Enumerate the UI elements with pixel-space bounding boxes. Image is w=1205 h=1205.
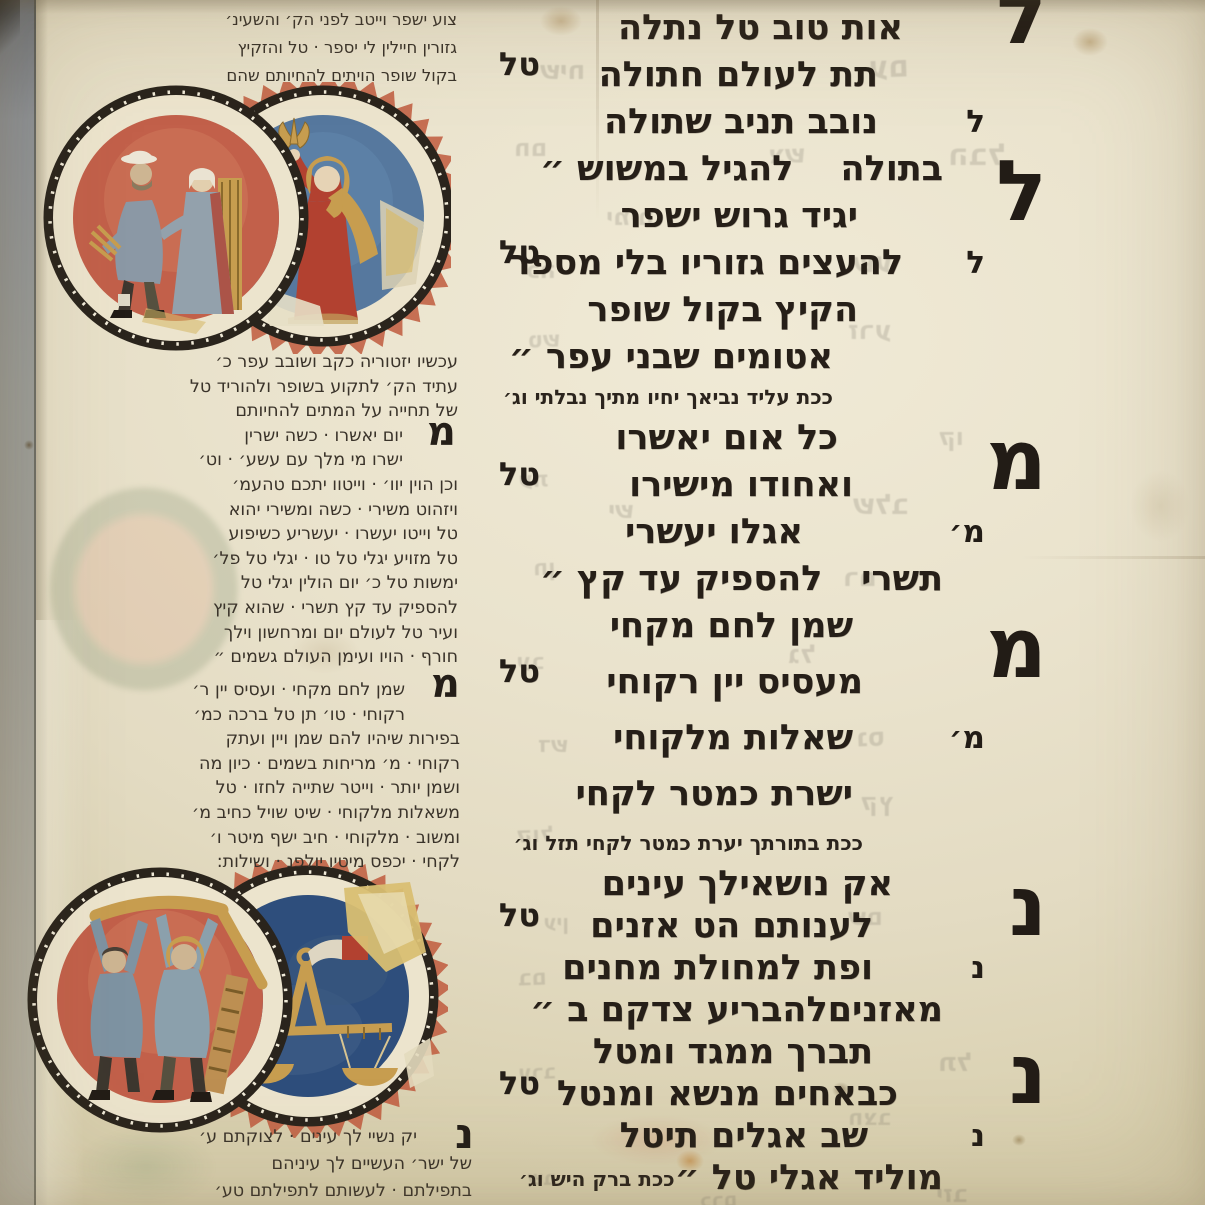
cue-word-tal: טל: [499, 652, 540, 690]
gloss-line: להספיק עד קץ תשרי · שהוא קיץ: [96, 596, 458, 621]
left-margin-slot: [448, 100, 540, 147]
left-margin-slot: [448, 147, 540, 194]
verse-area: ככת בתורתך יערת כמטר לקחי תזל וג׳: [540, 828, 943, 858]
verse-text: כל אום יאשרו: [615, 416, 943, 460]
verse-area: אק נושאילך עינים: [540, 862, 943, 906]
stanza-initial-slot: ל: [943, 100, 1105, 147]
stanza-initial-slot: [943, 335, 1105, 382]
gloss-line: וכן הוין יוו׳ · וייטוו יתכם טהעמ׳: [96, 473, 458, 498]
gloss-line: של תחייה על המתים להחיותם: [96, 399, 458, 424]
left-margin-slot: [448, 946, 540, 988]
stanza-initial-slot: נ: [943, 1030, 1105, 1072]
cue-word-tal: טל: [499, 896, 540, 934]
verse-line: מאזניםלהבריע צדקם ב ״: [448, 988, 1105, 1030]
left-margin-slot: [448, 288, 540, 335]
manuscript-page: עםשיחהבלצשחםימיםשעכהזרעטשקושלבעתישרםחןגל…: [0, 0, 1205, 1205]
verse-line: תשרילהספיק עד קץ ״: [448, 557, 1105, 604]
verse-area: שב אגלים תיטל: [540, 1114, 943, 1158]
verse-text: אגלו יעשרי: [625, 510, 943, 554]
left-margin-slot: [448, 1156, 540, 1198]
left-margin-slot: טל: [448, 53, 540, 100]
verse-line: מ׳אגלו יעשרי: [448, 510, 1105, 557]
stanza-initial-slot: [943, 463, 1105, 510]
gloss-line: טל מזויע יגלי טל טו · יגלי טל פל׳: [96, 547, 458, 572]
verse-text: להבריע צדקם ב ״: [530, 988, 828, 1032]
verse-area: אגלו יעשרי: [540, 510, 943, 554]
verse-line: הקיץ בקול שופר: [448, 288, 1105, 335]
verse-text: תת לעולם חתולה: [599, 53, 943, 97]
verse-line: לענותם הט אזניםטל: [448, 904, 1105, 946]
piyyut-text-column: לאות טוב טל נתלהתת לעולם חתולהטללנובב תנ…: [448, 6, 1105, 1198]
stanza-initial-slot: [943, 288, 1105, 335]
verse-text: אק נושאילך עינים: [602, 862, 943, 906]
stanza-initial-slot: נ: [943, 862, 1105, 904]
verse-area: אות טוב טל נתלה: [540, 6, 943, 50]
gloss-line: ושמן יותר · וייטר שתייה לחזו · טל: [95, 776, 460, 801]
gloss-line: גזורין חיילין לי יספר · טל והזקיץ: [225, 34, 457, 62]
verse-line: יגיד גרוש ישפר: [448, 194, 1105, 241]
gloss-line: יום יאשרו · כשה ישרין: [96, 424, 458, 449]
verse-area: ישרת כמטר לקחי: [540, 772, 943, 816]
stanza-initial: ל: [966, 245, 985, 281]
verse-area: ככת עליד נביאך יחיו מתיך נבלתי וג׳: [540, 382, 943, 412]
verse-text: יגיד גרוש ישפר: [621, 194, 943, 238]
stanza-initial: מ׳: [949, 514, 985, 550]
left-margin-slot: [448, 772, 540, 828]
stanza-initial-slot: [943, 53, 1105, 100]
verse-text: ישרת כמטר לקחי: [576, 772, 944, 816]
gloss-line: עתיד הק׳ לתקוע בשופר ולהוריד טל: [96, 375, 458, 400]
verse-area: תשרילהספיק עד קץ ״: [540, 557, 943, 601]
verse-text: תברך ממגד ומטל: [593, 1030, 943, 1074]
stanza-initial-slot: מ׳: [943, 510, 1105, 557]
verse-text: ואחודו מישירו: [629, 463, 943, 507]
verse-line: ישרת כמטר לקחי: [448, 772, 1105, 828]
left-margin-slot: [448, 335, 540, 382]
gloss-line: חורף · הויו ועימן העולם גשמים ״: [96, 645, 458, 670]
stanza-initial-slot: ל: [943, 6, 1105, 53]
verse-line: כבאחים מנשא ומנטלטל: [448, 1072, 1105, 1114]
gloss-block-middle: מעכשיו יזטוריה כקב ושובב עפר כ׳עתיד הק׳ …: [96, 350, 458, 670]
gloss-line: בקול שופר הויתים להחיותם שהם: [225, 62, 457, 90]
threshers-medallion: [34, 874, 286, 1126]
verse-area: כל אום יאשרו: [540, 416, 943, 460]
verse-text: אטומים שבני עפר ״: [509, 335, 943, 379]
verse-area: הקיץ בקול שופר: [540, 288, 943, 332]
verse-line: נתברך ממגד ומטל: [448, 1030, 1105, 1072]
verse-text: ופת למחולת מחנים: [562, 946, 943, 990]
verse-line: ללהעצים גזוריו בלי מספרטל: [448, 241, 1105, 288]
verse-area: תברך ממגד ומטל: [540, 1030, 943, 1074]
verse-line: מוליד אגלי טל ״ככת ברק היש וג׳: [448, 1156, 1105, 1198]
stanza-initial: ל: [996, 0, 1047, 56]
left-margin-slot: [448, 557, 540, 604]
verse-text: כבאחים מנשא ומנטל: [557, 1072, 943, 1116]
rubric-line: ככת בתורתך יערת כמטר לקחי תזל וג׳: [448, 828, 1105, 862]
verse-text: מוליד אגלי טל ״: [675, 1156, 943, 1202]
cue-word-tal: טל: [499, 1064, 540, 1102]
left-margin-slot: [448, 828, 540, 862]
verse-line: מ׳שאלות מלקוחי: [448, 716, 1105, 772]
gloss-line: רקוחי · טו׳ תן טל ברכה כמ׳: [95, 703, 460, 728]
verse-area: נובב תניב שתולה: [540, 100, 943, 144]
left-margin-slot: [448, 988, 540, 1030]
left-margin-slot: [448, 382, 540, 416]
cue-word-tal: טל: [499, 455, 540, 493]
verse-text: להגיל במשוש ״: [540, 147, 793, 191]
stanza-initial: נ: [971, 950, 985, 986]
verse-line: אטומים שבני עפר ״: [448, 335, 1105, 382]
verse-area: שמן לחם מקחי: [540, 604, 943, 648]
verse-area: ופת למחולת מחנים: [540, 946, 943, 990]
left-margin-slot: [448, 510, 540, 557]
verse-text: אות טוב טל נתלה: [618, 6, 943, 50]
verse-line: לבתולהלהגיל במשוש ״: [448, 147, 1105, 194]
stanza-initial-slot: [943, 1072, 1105, 1114]
verse-area: ואחודו מישירו: [540, 463, 943, 507]
gloss-line: בתפילתם · לעשותם לתפילתם טע׳: [142, 1178, 472, 1205]
verse-text: שמן לחם מקחי: [610, 604, 943, 648]
verse-text: מעסיס יין רקוחי: [606, 660, 943, 704]
verse-area: מעסיס יין רקוחי: [540, 660, 943, 704]
verse-text: הקיץ בקול שופר: [587, 288, 943, 332]
stanza-initial-slot: [943, 660, 1105, 716]
verse-text: שב אגלים תיטל: [620, 1114, 943, 1158]
zodiac-word: מאזנים: [828, 988, 943, 1032]
verse-line: תת לעולם חתולהטל: [448, 53, 1105, 100]
prooftext-rubric: ככת עליד נביאך יחיו מתיך נבלתי וג׳: [503, 382, 943, 412]
month-labor-medallion: [50, 92, 302, 344]
stanza-initial-slot: [943, 904, 1105, 946]
verse-line: מכל אום יאשרו: [448, 416, 1105, 463]
verse-line: לאות טוב טל נתלה: [448, 6, 1105, 53]
zodiac-word: תשרי: [861, 557, 943, 601]
verse-text: להעצים גזוריו בלי מספר: [509, 241, 943, 285]
left-margin-slot: טל: [448, 660, 540, 716]
verse-line: נאק נושאילך עינים: [448, 862, 1105, 904]
medallion-pair-top: [26, 82, 451, 354]
gloss-line: יק נשיי לך עינים · לצוקתם ע׳: [142, 1124, 472, 1151]
gloss-block-top: צוע ישפר וייטב לפני הק׳ והשעינ׳גזורין חי…: [225, 6, 457, 90]
stanza-initial-slot: נ: [943, 1114, 1105, 1156]
verse-text: להספיק עד קץ ״: [540, 557, 822, 601]
stanza-initial-slot: מ: [943, 604, 1105, 660]
verse-area: תת לעולם חתולה: [540, 53, 943, 97]
gloss-line: טל וייטו יעשרו · יעשריע כשיפוע: [96, 522, 458, 547]
verse-line: נשב אגלים תיטל: [448, 1114, 1105, 1156]
prooftext-rubric: ככת ברק היש וג׳: [519, 1156, 675, 1202]
verse-line: ואחודו מישירוטל: [448, 463, 1105, 510]
verse-area: שאלות מלקוחי: [540, 716, 943, 760]
verse-area: לענותם הט אזנים: [540, 904, 943, 948]
verse-area: בתולהלהגיל במשוש ״: [540, 147, 943, 191]
cue-word-tal: טל: [499, 233, 540, 271]
gloss-line: ימשות טל כ׳ יום הולין יגלי טל: [96, 571, 458, 596]
gloss-line: של ישר׳ העשיים לך עיניהם: [142, 1151, 472, 1178]
verse-area: כבאחים מנשא ומנטל: [540, 1072, 943, 1116]
stanza-initial-slot: [943, 1156, 1105, 1198]
verse-area: להעצים גזוריו בלי מספר: [540, 241, 943, 285]
gloss-line: לקחי · יכפס מיטיו יולפנ · ושילות:: [95, 850, 460, 875]
stanza-initial-slot: מ׳: [943, 716, 1105, 772]
stanza-initial-slot: [943, 557, 1105, 604]
verse-text: נובב תניב שתולה: [604, 100, 943, 144]
left-margin-slot: טל: [448, 241, 540, 288]
left-margin-slot: [448, 716, 540, 772]
stanza-initial-slot: מ: [943, 416, 1105, 463]
stanza-initial: מ׳: [949, 720, 985, 756]
gloss-line: צוע ישפר וייטב לפני הק׳ והשעינ׳: [225, 6, 457, 34]
gloss-line: שמן לחם מקחי · ועסיס יין ר׳: [95, 678, 460, 703]
verse-line: נופת למחולת מחנים: [448, 946, 1105, 988]
gloss-line: ישרו מי מלך עם עשע׳ · וט׳: [96, 448, 458, 473]
gloss-line: ומשוב · מלקוחי · חיב ישף מיטר ו׳: [95, 826, 460, 851]
gloss-line: רקוחי · מ׳ מריחות בשמים · כיון מה: [95, 752, 460, 777]
gloss-line: ויזהוט משירי · כשה ומשירי יהוא: [96, 498, 458, 523]
verse-text: שאלות מלקוחי: [613, 716, 943, 760]
stanza-initial-slot: [943, 194, 1105, 241]
verse-text: לענותם הט אזנים: [590, 904, 943, 948]
left-margin-slot: [448, 1114, 540, 1156]
medallion-pair-bottom: [8, 860, 448, 1138]
verse-area: אטומים שבני עפר ״: [540, 335, 943, 379]
verse-area: מוליד אגלי טל ״ככת ברק היש וג׳: [540, 1156, 943, 1202]
stanza-initial-slot: [943, 988, 1105, 1030]
stanza-initial-slot: נ: [943, 946, 1105, 988]
left-margin-slot: טל: [448, 1072, 540, 1114]
stanza-initial-slot: [943, 772, 1105, 828]
prooftext-rubric: ככת בתורתך יערת כמטר לקחי תזל וג׳: [514, 828, 943, 858]
left-margin-slot: טל: [448, 904, 540, 946]
verse-area: מאזניםלהבריע צדקם ב ״: [540, 988, 943, 1032]
left-margin-slot: טל: [448, 463, 540, 510]
gloss-line: עכשיו יזטוריה כקב ושובב עפר כ׳: [96, 350, 458, 375]
stanza-initial-slot: ל: [943, 241, 1105, 288]
verse-line: מעסיס יין רקוחיטל: [448, 660, 1105, 716]
gloss-block-lower: משמן לחם מקחי · ועסיס יין ר׳רקוחי · טו׳ …: [95, 678, 460, 875]
gloss-line: בפירות שיהיו להם שמן ויין ועתק: [95, 727, 460, 752]
stanza-initial: ל: [966, 104, 985, 140]
verse-line: משמן לחם מקחי: [448, 604, 1105, 660]
gloss-line: ועיר טל לעולם יום ומרחשון וילך: [96, 621, 458, 646]
stanza-initial: נ: [971, 1118, 985, 1154]
stanza-initial-slot: ל: [943, 147, 1105, 194]
zodiac-word: בתולה: [841, 147, 944, 191]
cue-word-tal: טל: [499, 45, 540, 83]
gloss-block-bottom: ניק נשיי לך עינים · לצוקתם ע׳של ישר׳ העש…: [142, 1124, 472, 1205]
gloss-line: משאלות מלקוחי · שיט שויל כחיב מ׳: [95, 801, 460, 826]
verse-line: לנובב תניב שתולה: [448, 100, 1105, 147]
verse-area: יגיד גרוש ישפר: [540, 194, 943, 238]
stain: [1130, 470, 1190, 542]
